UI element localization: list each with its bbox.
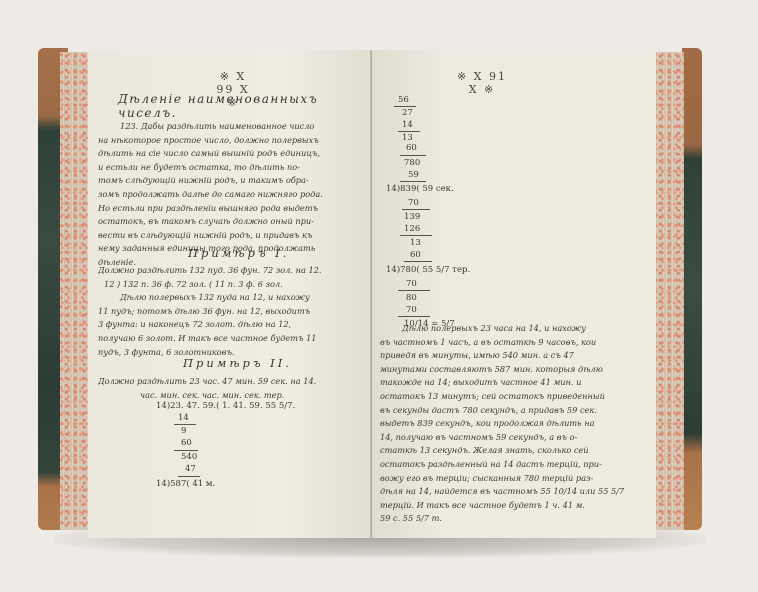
right-cover-marbled xyxy=(682,48,702,530)
rule xyxy=(400,181,426,182)
rule xyxy=(404,261,432,262)
right-page-edges-speckled xyxy=(654,52,684,530)
rule xyxy=(402,209,430,210)
division-line-minutes: 14)587( 41 м. xyxy=(156,478,215,491)
section-title: Дѣленіе наименованныхъ чиселъ. xyxy=(118,92,372,120)
right-running-head: ※ X 91 X ※ xyxy=(452,70,512,96)
left-page-edges-speckled xyxy=(60,52,90,530)
example-2-text: Должно раздѣлить 23 час. 47 мин. 59 сек.… xyxy=(98,375,368,402)
division-line: 14)23. 47. 59.( 1. 41. 59. 55 5/7. xyxy=(156,400,295,413)
division-thirds: 14)780( 55 5/7 тер. xyxy=(386,264,470,277)
example-1-text: Должно раздѣлить 132 пуд. 36 фун. 72 зол… xyxy=(98,264,368,359)
rule xyxy=(398,316,430,317)
rule xyxy=(398,290,430,291)
division-seconds: 14)839( 59 сек. xyxy=(386,183,454,196)
rule xyxy=(400,235,432,236)
example-2-heading: Примѣръ II. xyxy=(183,356,292,370)
rule xyxy=(400,155,426,156)
left-page: ※ X 99 X ※ Дѣленіе наименованныхъ чиселъ… xyxy=(88,50,372,538)
rule xyxy=(178,476,200,477)
continued-calculation: 56 27 14 13 60 780 59 14)839( 59 сек. 70… xyxy=(386,94,536,354)
example-1-heading: Примѣръ I. xyxy=(188,246,289,260)
example-2-calculation: 14)23. 47. 59.( 1. 41. 59. 55 5/7. 14 9 … xyxy=(156,400,356,520)
right-page: ※ X 91 X ※ 56 27 14 13 60 780 59 14)839(… xyxy=(372,50,656,538)
explanation-paragraph: Дѣлю полервыхъ 23 часа на 14, и нахожу в… xyxy=(380,322,652,526)
